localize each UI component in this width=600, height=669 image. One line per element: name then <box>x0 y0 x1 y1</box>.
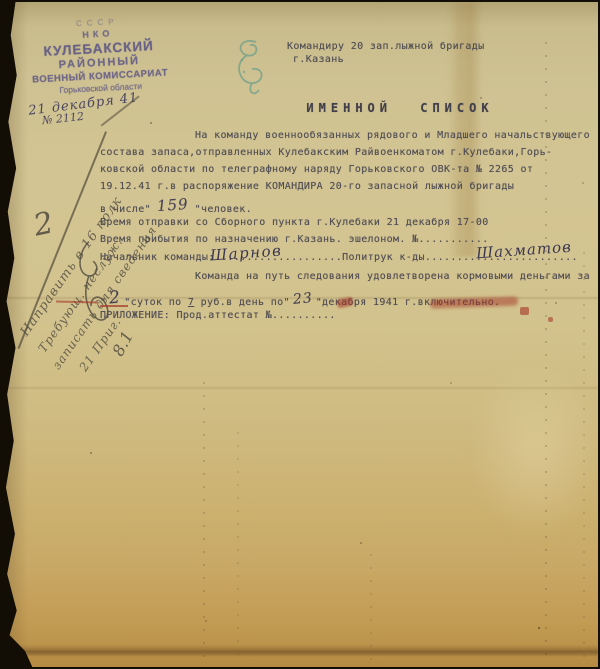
perforation-dots <box>370 554 372 664</box>
perforation-dots <box>583 252 585 662</box>
green-pencil-mark <box>228 36 272 100</box>
document-title: ИМЕННОЙ СПИСОК <box>255 101 545 115</box>
fold-crease <box>0 645 598 656</box>
pencil-number: 2 <box>31 205 57 243</box>
body-line: в числе"159"человек. <box>100 198 578 216</box>
body-line: На команду военнообязанных рядового и Мл… <box>100 130 600 141</box>
body-line: Время отправки со Сборного пункта г.Куле… <box>100 217 578 228</box>
body-text: "человек. <box>195 204 252 215</box>
addressee-city: г.Казань <box>293 54 344 65</box>
perforation-dots <box>237 432 239 662</box>
paper-specks <box>150 122 152 124</box>
addressee-line: Командиру 20 зап.лыжной бригады <box>287 41 485 52</box>
perforation-dots <box>203 382 205 665</box>
handwritten-count: 159 <box>150 194 195 215</box>
red-pencil-mark <box>548 317 553 322</box>
body-text: "суток по <box>124 297 188 308</box>
handwritten-date: 23 <box>289 290 316 308</box>
scan-background: СССР НКО КУЛЕБАКСКИЙ РАЙОННЫЙ ВОЕННЫЙ КО… <box>0 0 600 669</box>
red-pencil-mark <box>100 305 128 307</box>
military-commissariat-stamp: СССР НКО КУЛЕБАКСКИЙ РАЙОННЫЙ ВОЕННЫЙ КО… <box>18 14 180 97</box>
body-line: ковской области по телеграфному наряду Г… <box>100 164 578 175</box>
paper-stain <box>468 357 600 542</box>
body-text: Политрук к-ды <box>342 252 425 263</box>
body-line: Команда на путь следования удовлетворена… <box>100 271 600 282</box>
body-line: состава запаса,отправленных Кулебакским … <box>100 147 578 158</box>
body-text: руб.в день по" <box>194 297 290 308</box>
red-pencil-mark <box>520 307 529 315</box>
body-line: ПРИЛОЖЕНИЕ: Прод.аттестат №.......... <box>100 310 578 321</box>
document-page: СССР НКО КУЛЕБАКСКИЙ РАЙОННЫЙ ВОЕННЫЙ КО… <box>0 2 598 667</box>
fold-crease <box>0 387 598 389</box>
body-line: 19.12.41 г.в распоряжение КОМАНДИРА 20-г… <box>100 181 578 192</box>
